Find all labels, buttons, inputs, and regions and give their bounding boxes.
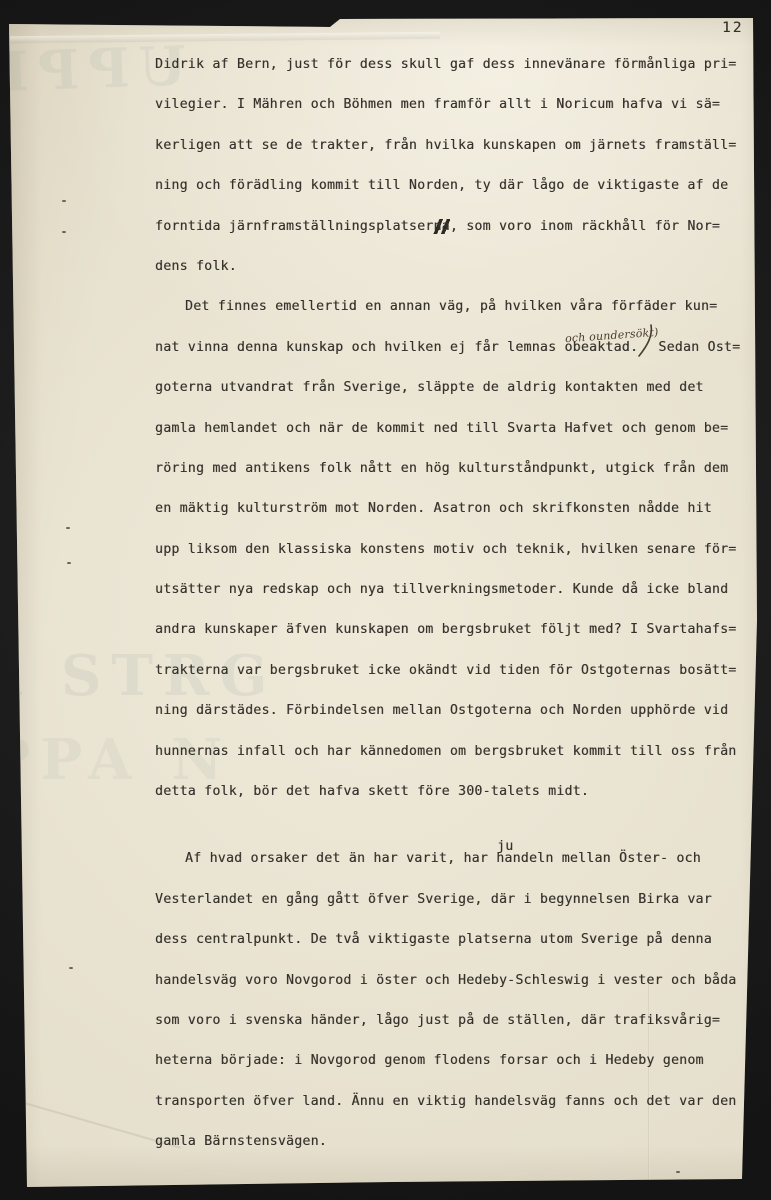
struck-out-text: na — [433, 219, 449, 234]
typed-line: heterna började: i Novgorod genom floden… — [155, 1041, 761, 1081]
typed-line: nat vinna denna kunskap och hvilken ej f… — [155, 328, 761, 368]
typed-line: detta folk, bör det hafva skett före 300… — [155, 772, 761, 812]
ink-speck — [62, 200, 66, 202]
ink-speck — [69, 967, 73, 969]
paper-crease — [10, 32, 440, 44]
typed-line: trakterna var bergsbruket icke okändt vi… — [155, 651, 761, 691]
ink-speck — [676, 1171, 680, 1173]
typed-line: utsätter nya redskap och nya tillverknin… — [155, 570, 761, 610]
typed-line: en mäktig kulturström mot Norden. Asatro… — [155, 489, 761, 529]
ink-speck — [62, 231, 66, 233]
typed-line: kerligen att se de trakter, från hvilka … — [155, 126, 761, 166]
typed-line: som voro i svenska händer, lågo just på … — [155, 1001, 761, 1041]
paper-sheet: UPPFA STRGPPA N 12 Didrik af Bern, just … — [0, 0, 771, 1200]
typed-line: goterna utvandrat från Sverige, släppte … — [155, 368, 761, 408]
handwritten-insert-hook — [638, 349, 650, 351]
typed-line: Det finnes emellertid en annan väg, på h… — [155, 287, 761, 327]
typed-line: vilegier. I Mähren och Böhmen men framfö… — [155, 85, 761, 125]
typed-line: Vesterlandet en gång gått öfver Sverige,… — [155, 880, 761, 920]
typed-line: gamla Bärnstensvägen. — [155, 1122, 761, 1162]
typed-line: handelsväg voro Novgorod i öster och Hed… — [155, 961, 761, 1001]
typed-line: Af hvad orsaker det än har varit, har ha… — [155, 839, 761, 879]
typed-line: hunnernas infall och har kännedomen om b… — [155, 732, 761, 772]
typed-line: dess centralpunkt. De två viktigaste pla… — [155, 920, 761, 960]
typed-line: upp liksom den klassiska konstens motiv … — [155, 530, 761, 570]
typed-line: gamla hemlandet och när de kommit ned ti… — [155, 409, 761, 449]
ink-speck — [67, 562, 71, 564]
page-number: 12 — [722, 20, 743, 36]
typed-line: dens folk. — [155, 247, 761, 287]
typed-insertion: ju — [497, 840, 513, 854]
scan-background: { "page": { "number": "12", "colors": { … — [0, 0, 771, 1200]
typed-line: Didrik af Bern, just för dess skull gaf … — [155, 45, 761, 85]
typed-line: röring med antikens folk nått en hög kul… — [155, 449, 761, 489]
typed-line: ning och förädling kommit till Norden, t… — [155, 166, 761, 206]
typed-line: andra kunskaper äfven kunskapen om bergs… — [155, 610, 761, 650]
typed-line: ning därstädes. Förbindelsen mellan Ostg… — [155, 691, 761, 731]
ink-speck — [66, 527, 70, 529]
typed-line: transporten öfver land. Ännu en viktig h… — [155, 1082, 761, 1122]
typed-line: forntida järnframställningsplatserna, so… — [155, 207, 761, 247]
typed-text-block: Didrik af Bern, just för dess skull gaf … — [155, 45, 761, 1163]
